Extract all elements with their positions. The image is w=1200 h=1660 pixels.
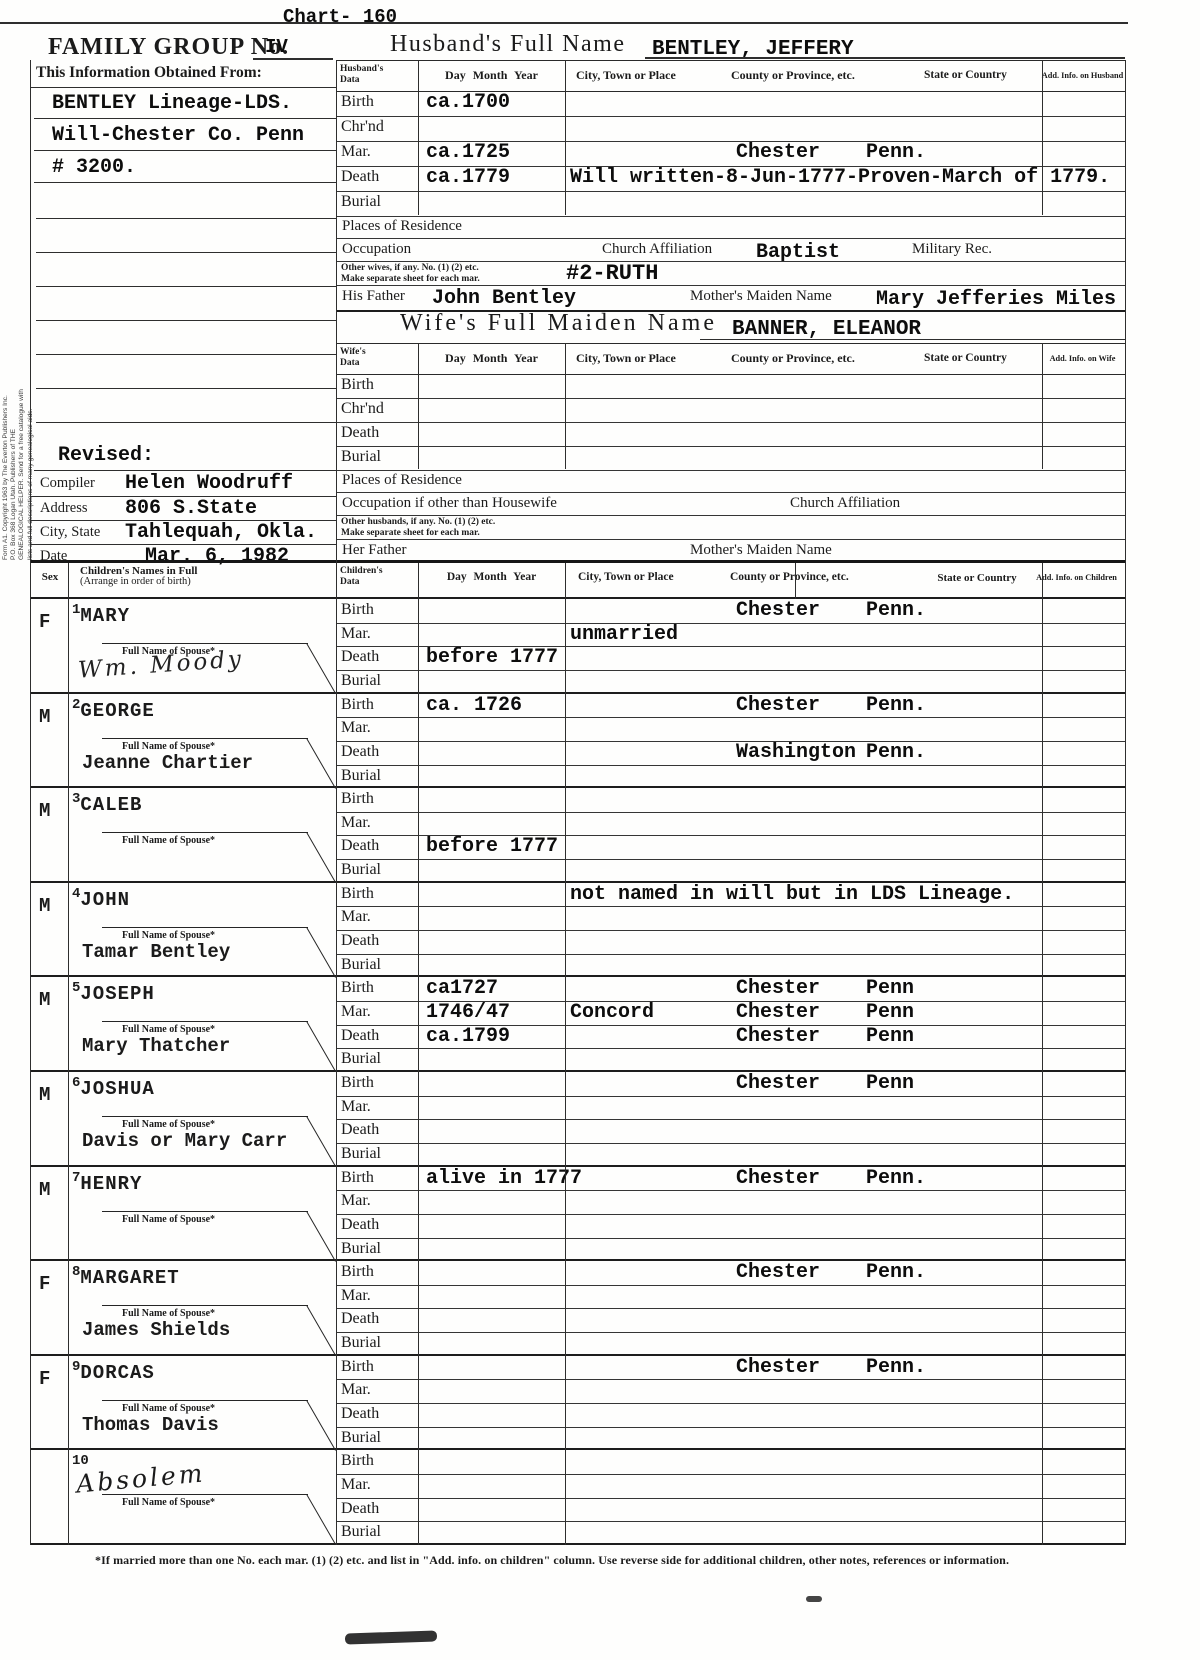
places-of-residence-row: Places of Residence — [336, 216, 1125, 239]
county-value: Chester — [736, 1072, 820, 1095]
child-number: 10 — [72, 1453, 89, 1469]
data-row: Burial — [336, 1048, 1125, 1072]
spouse-label: Full Name of Spouse* — [122, 1403, 215, 1414]
data-row: Burial — [336, 1427, 1125, 1451]
spouse-label: Full Name of Spouse* — [122, 1024, 215, 1035]
county-value: Chester — [736, 1001, 820, 1024]
state-value: Penn. — [866, 599, 926, 622]
row-label: Burial — [341, 672, 381, 690]
other-husbands-label: Other husbands, if any. No. (1) (2) etc.… — [341, 517, 495, 538]
spouse-label: Full Name of Spouse* — [122, 1497, 215, 1508]
data-row: Burial — [336, 191, 1125, 217]
data-row: Chr'nd — [336, 398, 1125, 423]
child-name-value: DORCAS — [80, 1362, 154, 1384]
row-label: Mar. — [341, 1381, 371, 1399]
date-col-header: Day Month Year — [418, 68, 565, 83]
county-col-rule-children-header — [795, 563, 796, 599]
city-col-header: City, Town or Place — [576, 68, 676, 83]
his-father-label: His Father — [342, 288, 405, 305]
row-label: Burial — [341, 1429, 381, 1447]
child-sex-value: M — [39, 895, 50, 917]
spouse-rule — [102, 1494, 308, 1495]
date-value: alive in 1777 — [426, 1167, 582, 1190]
child-sex-value: M — [39, 1084, 50, 1106]
data-row: Death — [336, 1214, 1125, 1239]
blank-ruled-line — [36, 422, 336, 423]
data-row: Death — [336, 1119, 1125, 1144]
data-row: Chr'nd — [336, 116, 1125, 142]
scan-artifact — [345, 1630, 437, 1644]
data-row: Deathca.1779Will written-8-Jun-1777-Prov… — [336, 166, 1125, 192]
row-label: Burial — [341, 861, 381, 879]
compiler-field-value: Helen Woodruff — [125, 472, 293, 495]
child-name-value: MARGARET — [80, 1267, 179, 1289]
data-row: Burial — [336, 1521, 1125, 1545]
places-label: Places of Residence — [342, 218, 462, 235]
other-wives-label: Other wives, if any. No. (1) (2) etc.Mak… — [341, 263, 480, 284]
source-line: BENTLEY Lineage-LDS. — [34, 90, 336, 119]
wife-name-underline — [700, 339, 1125, 340]
data-row: Death — [336, 1498, 1125, 1523]
his-father-value: John Bentley — [432, 287, 576, 310]
spouse-diagonal — [306, 927, 336, 978]
data-row: Burial — [336, 446, 1125, 471]
family-group-sheet: Chart- 160 FAMILY GROUP No. IV Husband's… — [0, 0, 1200, 1660]
child-row: M7HENRYFull Name of Spouse*Birthalive in… — [30, 1167, 1125, 1262]
source-panel-rule — [30, 87, 336, 88]
spouse-name-value: Mary Thatcher — [82, 1035, 230, 1057]
blank-ruled-line — [36, 252, 336, 253]
data-row: Burial — [336, 765, 1125, 789]
data-row: Mar. — [336, 906, 1125, 931]
child-name: 4JOHN — [72, 886, 130, 908]
spouse-rule — [102, 1211, 308, 1212]
data-row: Burial — [336, 670, 1125, 694]
church-affiliation-label: Church Affiliation — [602, 241, 712, 258]
row-label: Birth — [341, 93, 374, 111]
child-name-value: MARY — [80, 605, 130, 627]
row-label: Burial — [341, 1334, 381, 1352]
handwritten-name: Absolem — [75, 1459, 206, 1499]
county-value: Washington — [736, 741, 856, 764]
state-value: Penn. — [866, 741, 926, 764]
church-affiliation-label: Church Affiliation — [790, 495, 900, 512]
spouse-rule — [102, 927, 308, 928]
state-col-header: State or Country — [912, 572, 1042, 584]
county-value: Chester — [736, 977, 820, 1000]
child-name-value: JOSHUA — [80, 1078, 154, 1100]
husband-data-col-label: Husband'sData — [340, 64, 383, 85]
publisher-sidebar-line: Form A1. Copyright 1963 by The Everton P… — [2, 272, 9, 560]
child-name: 1MARY — [72, 602, 130, 624]
data-row: Deathca.1799ChesterPenn — [336, 1025, 1125, 1050]
publisher-sidebar-line: GENEALOGICAL HELPER. Send for a free cat… — [18, 272, 25, 560]
spouse-label: Full Name of Spouse* — [122, 835, 215, 846]
place-value: not named in will but in LDS Lineage. — [570, 883, 1014, 906]
children-names-col-header: Children's Names in Full (Arrange in ord… — [80, 566, 197, 587]
row-label: Birth — [341, 885, 374, 903]
child-row: M4JOHNFull Name of Spouse*Tamar BentleyB… — [30, 883, 1125, 978]
source-line-text: Will-Chester Co. Penn — [52, 124, 304, 147]
state-value: Penn. — [866, 141, 926, 164]
row-label: Mar. — [341, 908, 371, 926]
row-label: Death — [341, 743, 379, 761]
county-col-header: County or Province, etc. — [731, 351, 855, 366]
source-line-text: BENTLEY Lineage-LDS. — [52, 92, 292, 115]
other-wives-row: Other wives, if any. No. (1) (2) etc.Mak… — [336, 261, 1125, 286]
row-label: Mar. — [341, 1287, 371, 1305]
row-label: Birth — [341, 790, 374, 808]
compiler-field-label: Address — [40, 500, 88, 517]
data-row: Mar. — [336, 717, 1125, 742]
data-row: BirthChesterPenn. — [336, 1261, 1125, 1286]
husband-table-header: Husband'sData Day Month Year City, Town … — [336, 61, 1125, 92]
child-name-value: JOSEPH — [80, 983, 154, 1005]
husband-name-underline — [645, 57, 1125, 59]
county-col-header: County or Province, etc. — [731, 68, 855, 83]
row-label: Birth — [341, 1263, 374, 1281]
county-value: Chester — [736, 599, 820, 622]
spouse-label: Full Name of Spouse* — [122, 1308, 215, 1319]
spouse-diagonal — [306, 643, 336, 694]
data-row: BirthChesterPenn. — [336, 599, 1125, 624]
blank-ruled-line — [36, 320, 336, 321]
date-value: ca1727 — [426, 977, 498, 1000]
occupation-label: Occupation — [342, 241, 411, 258]
row-label: Death — [341, 1500, 379, 1518]
other-husbands-row: Other husbands, if any. No. (1) (2) etc.… — [336, 515, 1125, 540]
spouse-rule — [102, 1116, 308, 1117]
compiler-field-label: Compiler — [40, 475, 95, 492]
data-row: Mar. — [336, 1190, 1125, 1215]
page-left-border — [30, 60, 31, 1545]
date-col-rule-husband — [565, 60, 566, 215]
row-label: Death — [341, 932, 379, 950]
places-of-residence-row: Places of Residence — [336, 470, 1125, 493]
child-sex-value: F — [39, 1273, 50, 1295]
data-row: Death — [336, 1403, 1125, 1428]
date-col-rule-children — [565, 563, 566, 1545]
child-row: M6JOSHUAFull Name of Spouse*Davis or Mar… — [30, 1072, 1125, 1167]
children-table-header: Sex Children's Names in Full (Arrange in… — [30, 560, 1125, 599]
date-value: ca.1799 — [426, 1025, 510, 1048]
data-row: Birth — [336, 374, 1125, 399]
data-row: Burial — [336, 954, 1125, 978]
row-label: Death — [341, 1405, 379, 1423]
spouse-name-value: Wm. Moody — [77, 646, 244, 684]
place-value: unmarried — [570, 623, 678, 646]
spouse-name-value: Jeanne Chartier — [82, 752, 253, 774]
compiler-field: Address806 S.State — [30, 497, 336, 521]
label-col-rule-husband — [418, 60, 419, 215]
wife-name-label: Wife's Full Maiden Name — [400, 310, 717, 337]
spouse-label: Full Name of Spouse* — [122, 930, 215, 941]
row-label: Death — [341, 424, 379, 442]
row-label: Death — [341, 1121, 379, 1139]
occupation-row: Occupation Church Affiliation Baptist Mi… — [336, 238, 1125, 262]
child-sex-value: M — [39, 706, 50, 728]
county-value: Chester — [736, 694, 820, 717]
row-label: Death — [341, 168, 379, 186]
label-col-rule-wife — [418, 343, 419, 469]
data-row: Mar. — [336, 1474, 1125, 1499]
spouse-diagonal — [306, 1494, 336, 1545]
state-col-header: State or Country — [924, 352, 1007, 364]
mothers-maiden-name-value: Mary Jefferies Miles — [876, 288, 1116, 311]
source-line: Will-Chester Co. Penn — [34, 122, 336, 151]
label-col-rule-children — [418, 563, 419, 1545]
row-label: Burial — [341, 1145, 381, 1163]
wife-name-value: BANNER, ELEANOR — [732, 318, 921, 341]
row-label: Mar. — [341, 814, 371, 832]
data-row: Mar. — [336, 1285, 1125, 1310]
row-label: Mar. — [341, 1192, 371, 1210]
row-label: Birth — [341, 1452, 374, 1470]
state-col-header: State or Country — [924, 69, 1007, 81]
blank-ruled-line — [36, 354, 336, 355]
row-label: Birth — [341, 601, 374, 619]
row-label: Birth — [341, 1358, 374, 1376]
row-label: Birth — [341, 1074, 374, 1092]
wife-table-header: Wife'sData Day Month Year City, Town or … — [336, 344, 1125, 375]
data-row: Mar. — [336, 812, 1125, 837]
row-label: Burial — [341, 1050, 381, 1068]
county-value: Chester — [736, 1356, 820, 1379]
scan-artifact — [806, 1596, 822, 1602]
row-label: Burial — [341, 448, 381, 466]
row-label: Mar. — [341, 143, 371, 161]
state-value: Penn — [866, 1001, 914, 1024]
page-title: FAMILY GROUP No. — [48, 34, 289, 61]
group-number: IV — [265, 36, 288, 58]
child-row: M3CALEBFull Name of Spouse*BirthMar.Deat… — [30, 788, 1125, 883]
row-label: Burial — [341, 956, 381, 974]
row-label: Death — [341, 837, 379, 855]
source-panel: This Information Obtained From: Revised:… — [30, 60, 336, 563]
data-row: Birthca1727ChesterPenn — [336, 977, 1125, 1002]
state-value: Penn. — [866, 694, 926, 717]
child-name: 8MARGARET — [72, 1264, 180, 1286]
revised-label: Revised: — [58, 444, 154, 467]
data-row: Birthnot named in will but in LDS Lineag… — [336, 883, 1125, 908]
row-label: Birth — [341, 979, 374, 997]
data-row: Birthca. 1726ChesterPenn. — [336, 694, 1125, 719]
county-value: Chester — [736, 1261, 820, 1284]
places-label: Places of Residence — [342, 472, 462, 489]
row-label: Birth — [341, 376, 374, 394]
top-rule — [0, 22, 1128, 24]
occupation-row: Occupation if other than Housewife Churc… — [336, 492, 1125, 516]
row-label: Burial — [341, 1523, 381, 1541]
date-value: ca.1779 — [426, 166, 510, 189]
revised-underline — [34, 470, 336, 471]
sex-col-header: Sex — [32, 571, 68, 583]
compiler-field-value: Tahlequah, Okla. — [125, 521, 317, 544]
data-row: Mar.ca.1725ChesterPenn. — [336, 141, 1125, 167]
row-label: Burial — [341, 193, 381, 211]
her-father-label: Her Father — [342, 542, 407, 559]
data-row: Death — [336, 422, 1125, 447]
source-line-text: # 3200. — [52, 156, 136, 179]
state-value: Penn. — [866, 1261, 926, 1284]
spouse-label: Full Name of Spouse* — [122, 1119, 215, 1130]
spouse-name-value: James Shields — [82, 1319, 230, 1341]
compiler-field-value: 806 S.State — [125, 497, 257, 520]
data-row: Death — [336, 930, 1125, 955]
child-name: 3CALEB — [72, 791, 142, 813]
compiler-field: CompilerHelen Woodruff — [30, 472, 336, 497]
compiler-field: City, StateTahlequah, Okla. — [30, 521, 336, 545]
data-row: DeathWashingtonPenn. — [336, 741, 1125, 766]
row-label: Mar. — [341, 1098, 371, 1116]
row-label: Mar. — [341, 1003, 371, 1021]
data-row: Burial — [336, 859, 1125, 883]
data-row: BirthChesterPenn — [336, 1072, 1125, 1097]
data-row: Burial — [336, 1332, 1125, 1356]
children-data-col-label: Children'sData — [340, 566, 383, 587]
data-row: Mar.unmarried — [336, 623, 1125, 648]
child-sex-value: M — [39, 989, 50, 1011]
child-name-value: HENRY — [80, 1173, 142, 1195]
state-value: Penn. — [866, 1356, 926, 1379]
state-value: Penn. — [866, 1167, 926, 1190]
county-value: Chester — [736, 1167, 820, 1190]
child-name-value: GEORGE — [80, 700, 154, 722]
publisher-sidebar-line: P.O. Box 368 Logan Utah. Publishers of T… — [10, 272, 17, 560]
child-sex-value: M — [39, 800, 50, 822]
addinfo-col-header: Add. Info. on Wife — [1040, 354, 1125, 363]
county-value: Chester — [736, 141, 820, 164]
child-name-value: CALEB — [80, 794, 142, 816]
his-father-row: His Father John Bentley Mother's Maiden … — [336, 285, 1125, 310]
addinfo-col-rule-husband — [1042, 60, 1043, 215]
spouse-diagonal — [306, 738, 336, 789]
military-record-label: Military Rec. — [912, 241, 992, 258]
spouse-name-value: Tamar Bentley — [82, 941, 230, 963]
date-col-header: Day Month Year — [418, 351, 565, 366]
spouse-rule — [102, 1021, 308, 1022]
child-name: 5JOSEPH — [72, 980, 155, 1002]
data-row: Mar. — [336, 1379, 1125, 1404]
date-value: ca.1725 — [426, 141, 510, 164]
child-sex-value: M — [39, 1179, 50, 1201]
mothers-maiden-name-label: Mother's Maiden Name — [690, 288, 832, 305]
spouse-diagonal — [306, 1400, 336, 1451]
child-row: M2GEORGEFull Name of Spouse*Jeanne Chart… — [30, 694, 1125, 789]
addinfo-col-rule-children — [1042, 563, 1043, 1545]
spouse-diagonal — [306, 1021, 336, 1072]
data-row: BirthChesterPenn. — [336, 1356, 1125, 1381]
data-row: Mar. — [336, 1096, 1125, 1121]
spouse-diagonal — [306, 832, 336, 883]
husband-name-label: Husband's Full Name — [390, 31, 625, 58]
row-label: Mar. — [341, 719, 371, 737]
row-label: Birth — [341, 1169, 374, 1187]
row-label: Chr'nd — [341, 400, 384, 418]
source-line: # 3200. — [34, 154, 336, 183]
place-value: Will written-8-Jun-1777-Proven-March of … — [570, 166, 1110, 189]
data-row: Deathbefore 1777 — [336, 646, 1125, 671]
date-value: ca. 1726 — [426, 694, 522, 717]
source-panel-label: This Information Obtained From: — [36, 64, 262, 82]
county-col-header: County or Province, etc. — [730, 571, 849, 583]
child-name: 2GEORGE — [72, 697, 155, 719]
date-value: before 1777 — [426, 646, 558, 669]
child-row: F9DORCASFull Name of Spouse*Thomas Davis… — [30, 1356, 1125, 1451]
addinfo-col-rule-wife — [1042, 343, 1043, 469]
child-sex-value: F — [39, 611, 50, 633]
data-row: Burial — [336, 1143, 1125, 1167]
spouse-rule — [102, 1305, 308, 1306]
data-row: Birth — [336, 1450, 1125, 1475]
child-name: 9DORCAS — [72, 1359, 155, 1381]
city-col-header: City, Town or Place — [578, 571, 674, 583]
date-value: ca.1700 — [426, 91, 510, 114]
row-label: Chr'nd — [341, 118, 384, 136]
date-col-rule-wife — [565, 343, 566, 469]
spouse-diagonal — [306, 1305, 336, 1356]
child-row: 10AbsolemFull Name of Spouse*BirthMar.De… — [30, 1450, 1125, 1545]
footer-note: *If married more than one No. each mar. … — [95, 1553, 1009, 1568]
spouse-diagonal — [306, 1116, 336, 1167]
data-row: Mar.1746/47ConcordChesterPenn — [336, 1001, 1125, 1026]
child-row: F8MARGARETFull Name of Spouse*James Shie… — [30, 1261, 1125, 1356]
data-row: Death — [336, 1308, 1125, 1333]
spouse-rule — [102, 832, 308, 833]
spouse-rule — [102, 738, 308, 739]
city-col-header: City, Town or Place — [576, 351, 676, 366]
child-name: 6JOSHUA — [72, 1075, 155, 1097]
row-label: Burial — [341, 767, 381, 785]
blank-ruled-line — [36, 218, 336, 219]
child-name: 7HENRY — [72, 1170, 142, 1192]
spouse-name-value: Thomas Davis — [82, 1414, 219, 1436]
other-wives-value: #2-RUTH — [566, 261, 658, 286]
data-row: Birth — [336, 788, 1125, 813]
data-row: Burial — [336, 1238, 1125, 1262]
date-value: before 1777 — [426, 835, 558, 858]
row-label: Death — [341, 1216, 379, 1234]
husband-table: Husband'sData Day Month Year City, Town … — [336, 60, 1125, 312]
blank-ruled-line — [36, 388, 336, 389]
mothers-maiden-name-label: Mother's Maiden Name — [690, 542, 832, 559]
sex-col-rule — [68, 563, 69, 1545]
child-name-value: JOHN — [80, 889, 130, 911]
wife-data-col-label: Wife'sData — [340, 347, 366, 368]
blank-ruled-line — [36, 286, 336, 287]
row-label: Mar. — [341, 1476, 371, 1494]
child-row: M5JOSEPHFull Name of Spouse*Mary Thatche… — [30, 977, 1125, 1072]
row-label: Burial — [341, 1240, 381, 1258]
wife-table: Wife'sData Day Month Year City, Town or … — [336, 343, 1125, 564]
spouse-rule — [102, 643, 308, 644]
spouse-name-value: Davis or Mary Carr — [82, 1130, 287, 1152]
occupation-label: Occupation if other than Housewife — [342, 495, 557, 512]
state-value: Penn — [866, 1072, 914, 1095]
date-value: 1746/47 — [426, 1001, 510, 1024]
state-value: Penn — [866, 977, 914, 1000]
row-label: Birth — [341, 696, 374, 714]
chart-label: Chart- 160 — [283, 6, 397, 28]
spouse-label: Full Name of Spouse* — [122, 741, 215, 752]
county-value: Chester — [736, 1025, 820, 1048]
place-value: Concord — [570, 1001, 654, 1024]
row-label: Death — [341, 648, 379, 666]
spouse-diagonal — [306, 1211, 336, 1262]
state-value: Penn — [866, 1025, 914, 1048]
page-right-border — [1125, 60, 1126, 1545]
data-row: Deathbefore 1777 — [336, 835, 1125, 860]
